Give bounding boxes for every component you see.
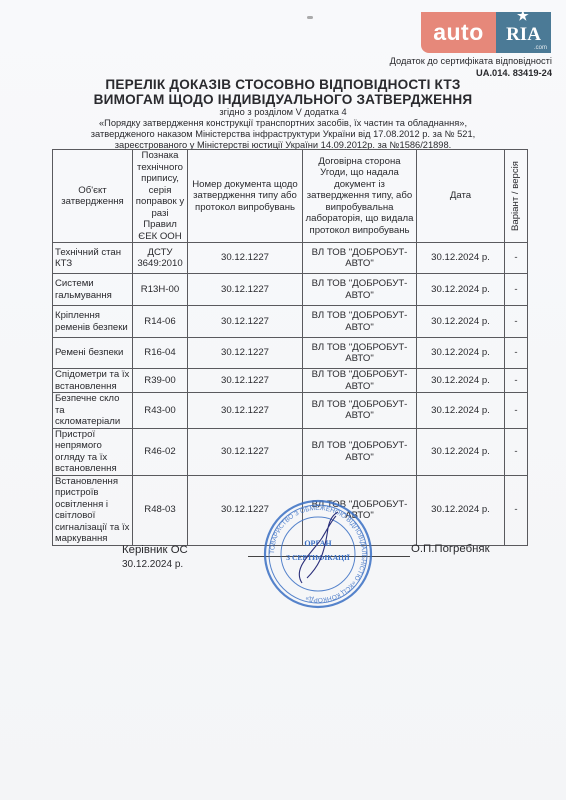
document-title: ПЕРЕЛІК ДОКАЗІВ СТОСОВНО ВІДПОВІДНОСТІ К… (0, 77, 566, 151)
document-page: auto ★ RIA .com Додаток до сертифіката в… (0, 0, 566, 800)
star-icon: ★ (517, 9, 529, 23)
title-line-1: ПЕРЕЛІК ДОКАЗІВ СТОСОВНО ВІДПОВІДНОСТІ К… (0, 77, 566, 92)
cell-object: Технічний стан КТЗ (53, 243, 133, 274)
cell-regulation: R48-03 (133, 475, 188, 545)
cell-object: Пристрої непрямого огляду та їх встановл… (53, 428, 133, 475)
cell-party: ВЛ ТОВ "ДОБРОБУТ-АВТО" (303, 369, 417, 393)
cell-date: 30.12.2024 р. (417, 338, 505, 369)
cell-document: 30.12.1227 (188, 369, 303, 393)
cell-variant: - (505, 369, 528, 393)
cell-object: Ремені безпеки (53, 338, 133, 369)
table-row: Технічний стан КТЗДСТУ 3649:201030.12.12… (53, 243, 528, 274)
cell-variant: - (505, 393, 528, 429)
cell-document: 30.12.1227 (188, 306, 303, 338)
annex-label: Додаток до сертифіката відповідності (390, 55, 552, 67)
table-row: Ремені безпекиR16-0430.12.1227ВЛ ТОВ "ДО… (53, 338, 528, 369)
stamp-center-line-2: З СЕРТИФІКАЦІЇ (286, 553, 350, 562)
cell-variant: - (505, 428, 528, 475)
header-variant-text: Варіант / версія (510, 161, 522, 231)
cell-party: ВЛ ТОВ "ДОБРОБУТ-АВТО" (303, 428, 417, 475)
header-regulation: Познака технічного припису, серія поправ… (133, 150, 188, 243)
cell-date: 30.12.2024 р. (417, 369, 505, 393)
signatory-name: О.П.Погребняк (411, 543, 490, 555)
cell-date: 30.12.2024 р. (417, 393, 505, 429)
title-line-2: ВИМОГАМ ЩОДО ІНДИВІДУАЛЬНОГО ЗАТВЕРДЖЕНН… (0, 92, 566, 107)
cell-object: Системи гальмування (53, 274, 133, 306)
cell-date: 30.12.2024 р. (417, 475, 505, 545)
signatory-role: Керівник ОС (122, 543, 188, 557)
scan-speck (307, 16, 313, 19)
header-party: Договірна сторона Угоди, що надала докум… (303, 150, 417, 243)
cell-party: ВЛ ТОВ "ДОБРОБУТ-АВТО" (303, 338, 417, 369)
cell-object: Кріплення ременів безпеки (53, 306, 133, 338)
cell-document: 30.12.1227 (188, 243, 303, 274)
logo-ria-part: ★ RIA .com (496, 12, 551, 53)
cell-document: 30.12.1227 (188, 393, 303, 429)
autoria-logo[interactable]: auto ★ RIA .com (421, 12, 551, 53)
cell-variant: - (505, 274, 528, 306)
cell-date: 30.12.2024 р. (417, 274, 505, 306)
cell-regulation: R43-00 (133, 393, 188, 429)
cell-regulation: R46-02 (133, 428, 188, 475)
table-row: Пристрої непрямого огляду та їх встановл… (53, 428, 528, 475)
subtitle-line-1: згідно з розділом V додатка 4 (0, 107, 566, 118)
cell-party: ВЛ ТОВ "ДОБРОБУТ-АВТО" (303, 274, 417, 306)
logo-ria-text: RIA (506, 24, 541, 45)
cell-party: ВЛ ТОВ "ДОБРОБУТ-АВТО" (303, 393, 417, 429)
subtitle-line-3: затвердженого наказом Міністерства інфра… (0, 129, 566, 140)
header-variant: Варіант / версія (505, 150, 528, 243)
certification-stamp: ТОВАРИСТВО З ОБМЕЖЕНОЮ ВІДПОВІДАЛЬНІСТЮ … (262, 498, 374, 610)
cell-variant: - (505, 243, 528, 274)
cell-document: 30.12.1227 (188, 274, 303, 306)
cell-date: 30.12.2024 р. (417, 428, 505, 475)
table-row: Спідометри та їх встановленняR39-0030.12… (53, 369, 528, 393)
cell-regulation: ДСТУ 3649:2010 (133, 243, 188, 274)
cell-object: Спідометри та їх встановлення (53, 369, 133, 393)
cell-party: ВЛ ТОВ "ДОБРОБУТ-АВТО" (303, 243, 417, 274)
cell-date: 30.12.2024 р. (417, 306, 505, 338)
cell-variant: - (505, 338, 528, 369)
signature-date: 30.12.2024 р. (122, 559, 183, 570)
certificate-annex: Додаток до сертифіката відповідності UA.… (390, 55, 552, 79)
cell-regulation: R39-00 (133, 369, 188, 393)
cell-regulation: R14-06 (133, 306, 188, 338)
cell-regulation: R13H-00 (133, 274, 188, 306)
cell-document: 30.12.1227 (188, 428, 303, 475)
logo-auto-part: auto (421, 12, 496, 53)
table-row: Кріплення ременів безпекиR14-0630.12.122… (53, 306, 528, 338)
logo-com-text: .com (534, 45, 547, 52)
cell-object: Встановлення пристроїв освітлення і світ… (53, 475, 133, 545)
cell-date: 30.12.2024 р. (417, 243, 505, 274)
cell-variant: - (505, 306, 528, 338)
evidence-table: Об'єкт затвердження Познака технічного п… (52, 149, 528, 546)
header-object: Об'єкт затвердження (53, 150, 133, 243)
table-header-row: Об'єкт затвердження Познака технічного п… (53, 150, 528, 243)
subtitle-line-2: «Порядку затвердження конструкції трансп… (0, 118, 566, 129)
header-date: Дата (417, 150, 505, 243)
cell-object: Безпечне скло та скломатеріали (53, 393, 133, 429)
cell-variant: - (505, 475, 528, 545)
table-row: Системи гальмуванняR13H-0030.12.1227ВЛ Т… (53, 274, 528, 306)
header-document: Номер документа щодо затвердження типу а… (188, 150, 303, 243)
cell-document: 30.12.1227 (188, 338, 303, 369)
table-row: Безпечне скло та скломатеріалиR43-0030.1… (53, 393, 528, 429)
cell-party: ВЛ ТОВ "ДОБРОБУТ-АВТО" (303, 306, 417, 338)
cell-regulation: R16-04 (133, 338, 188, 369)
